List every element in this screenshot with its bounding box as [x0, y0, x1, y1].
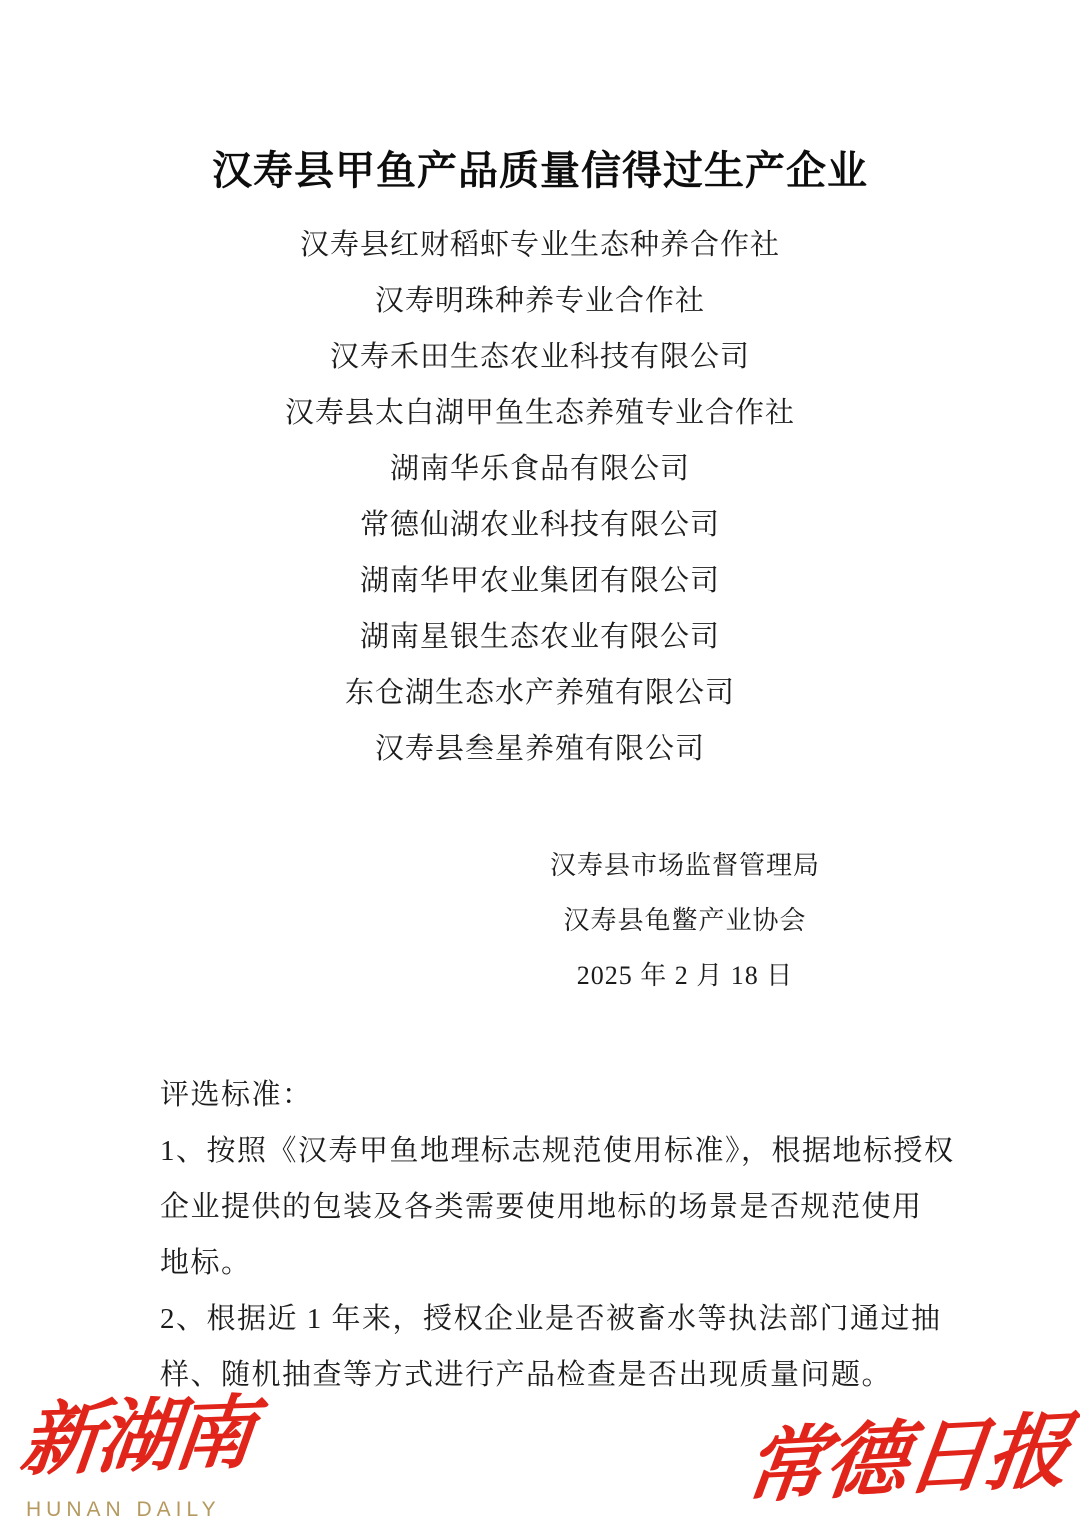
criteria-text-line: 1、按照《汉寿甲鱼地理标志规范使用标准》，根据地标授权	[160, 1123, 935, 1179]
company-item: 湖南星银生态农业有限公司	[0, 609, 1080, 665]
company-item: 湖南华甲农业集团有限公司	[0, 553, 1080, 609]
company-item: 汉寿禾田生态农业科技有限公司	[0, 329, 1080, 385]
changde-daily-calligraphy-wordmark: 常德日报	[738, 1400, 1073, 1521]
criteria-heading: 评选标准：	[160, 1067, 935, 1123]
company-item: 常德仙湖农业科技有限公司	[0, 497, 1080, 553]
signature-block: 汉寿县市场监督管理局 汉寿县龟鳖产业协会 2025 年 2 月 18 日	[410, 838, 960, 1003]
company-item: 东仓湖生态水产养殖有限公司	[0, 665, 1080, 721]
company-item: 汉寿县太白湖甲鱼生态养殖专业合作社	[0, 385, 1080, 441]
criteria-text-line: 2、根据近 1 年来，授权企业是否被畜水等执法部门通过抽	[160, 1291, 935, 1347]
criteria-text-line: 样、随机抽查等方式进行产品检查是否出现质量问题。	[160, 1347, 935, 1403]
document-page: 汉寿县甲鱼产品质量信得过生产企业 汉寿县红财稻虾专业生态种养合作社 汉寿明珠种养…	[0, 0, 1080, 1527]
company-list: 汉寿县红财稻虾专业生态种养合作社 汉寿明珠种养专业合作社 汉寿禾田生态农业科技有…	[0, 217, 1080, 777]
criteria-text-line: 地标。	[160, 1235, 935, 1291]
changde-daily-logo: 常德日报	[746, 1408, 1066, 1512]
company-item: 汉寿县红财稻虾专业生态种养合作社	[0, 217, 1080, 273]
hunan-daily-english-label: HUNAN DAILY	[26, 1498, 256, 1522]
issue-date: 2025 年 2 月 18 日	[410, 948, 960, 1003]
company-item: 汉寿县叁星养殖有限公司	[0, 721, 1080, 777]
criteria-section: 评选标准： 1、按照《汉寿甲鱼地理标志规范使用标准》，根据地标授权 企业提供的包…	[160, 1067, 935, 1403]
hunan-daily-logo: 新湖南 HUNAN DAILY	[16, 1394, 256, 1522]
company-item: 湖南华乐食品有限公司	[0, 441, 1080, 497]
issuer-secondary: 汉寿县龟鳖产业协会	[410, 893, 960, 948]
hunan-daily-calligraphy-wordmark: 新湖南	[16, 1386, 267, 1490]
document-title: 汉寿县甲鱼产品质量信得过生产企业	[0, 146, 1080, 196]
company-item: 汉寿明珠种养专业合作社	[0, 273, 1080, 329]
criteria-text-line: 企业提供的包装及各类需要使用地标的场景是否规范使用	[160, 1179, 935, 1235]
issuer-primary: 汉寿县市场监督管理局	[410, 838, 960, 893]
